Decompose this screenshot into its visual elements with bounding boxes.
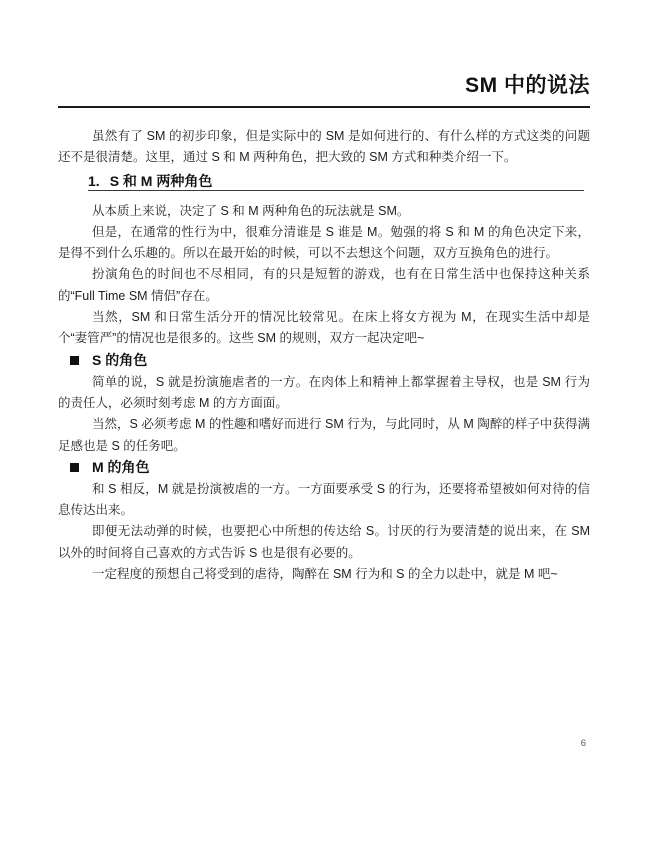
heading-text: M 的角色 [92,460,150,475]
paragraph: 当然，S 必须考虑 M 的性趣和嗜好而进行 SM 行为，与此同时，从 M 陶醉的… [58,414,590,457]
square-bullet-icon [70,463,79,472]
square-bullet-icon [70,356,79,365]
intro-paragraph: 虽然有了 SM 的初步印象，但是实际中的 SM 是如何进行的、有什么样的方式这类… [58,126,590,169]
paragraph: 一定程度的预想自己将受到的虐待，陶醉在 SM 行为和 S 的全力以赴中，就是 M… [58,564,590,585]
heading-s-and-m-roles: 1.S 和 M 两种角色 [88,174,584,191]
paragraph: 和 S 相反，M 就是扮演被虐的一方。一方面要承受 S 的行为，还要将希望被如何… [58,479,590,522]
page-number: 6 [581,738,586,749]
page-title: SM 中的说法 [58,74,590,98]
paragraph: 扮演角色的时间也不尽相同，有的只是短暂的游戏，也有在日常生活中也保持这种关系的“… [58,264,590,307]
heading-text: S 的角色 [92,353,147,368]
paragraph: 简单的说，S 就是扮演施虐者的一方。在肉体上和精神上都掌握着主导权，也是 SM … [58,372,590,415]
heading-s-role: S 的角色 [70,353,590,368]
document-page: SM 中的说法 虽然有了 SM 的初步印象，但是实际中的 SM 是如何进行的、有… [0,0,650,850]
heading-m-role: M 的角色 [70,460,590,475]
heading-number: 1. [88,173,100,189]
title-rule [58,106,590,108]
paragraph: 从本质上来说，决定了 S 和 M 两种角色的玩法就是 SM。 [58,201,590,222]
heading-text: S 和 M 两种角色 [110,173,213,189]
paragraph: 当然，SM 和日常生活分开的情况比较常见。在床上将女方视为 M，在现实生活中却是… [58,307,590,350]
paragraph: 即便无法动弹的时候，也要把心中所想的传达给 S。讨厌的行为要清楚的说出来，在 S… [58,521,590,564]
paragraph: 但是，在通常的性行为中，很难分清谁是 S 谁是 M。勉强的将 S 和 M 的角色… [58,222,590,265]
